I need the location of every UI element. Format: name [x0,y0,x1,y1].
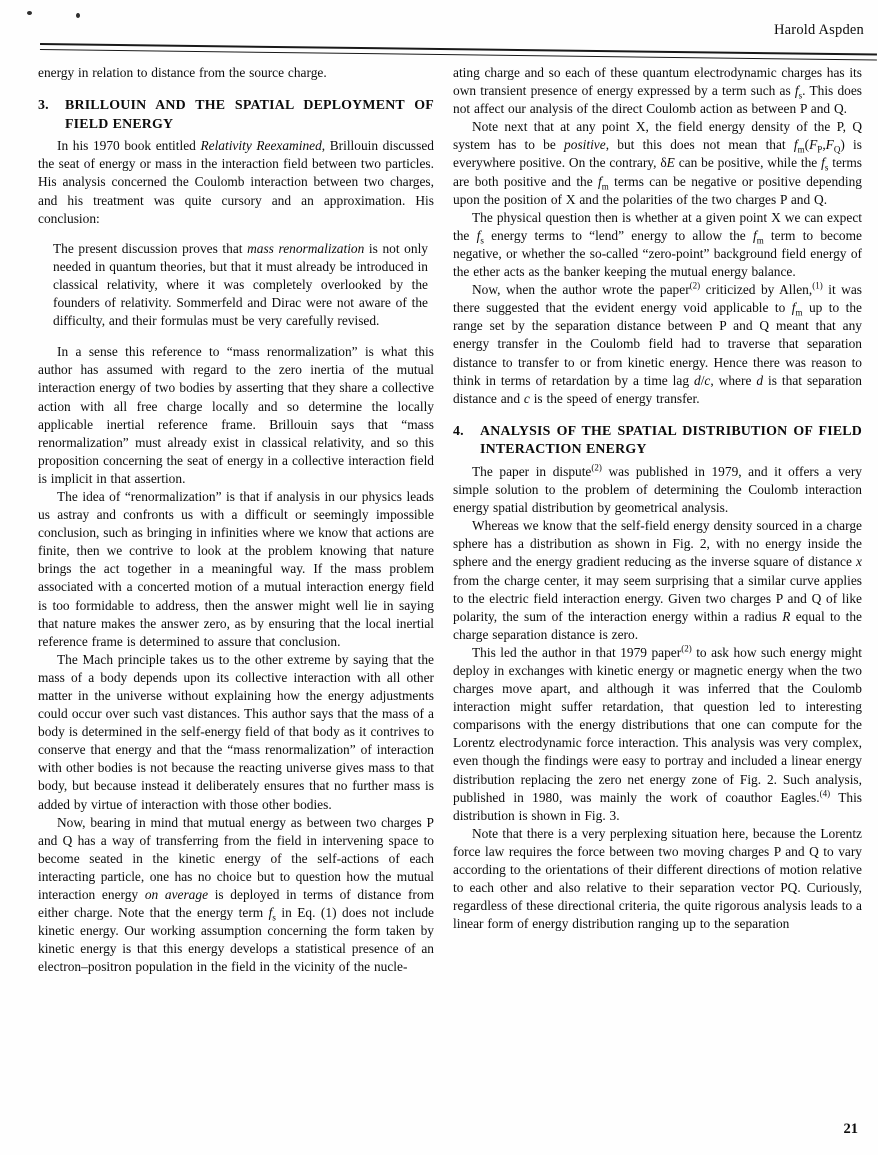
paragraph: Note next that at any point X, the field… [453,118,862,208]
paragraph-continuation: ating charge and so each of these quantu… [453,64,862,118]
paragraph: Now, bearing in mind that mutual energy … [38,814,434,977]
paragraph: Whereas we know that the self-field ener… [453,517,862,644]
paragraph: In his 1970 book entitled Relativity Ree… [38,137,434,227]
right-column: ating charge and so each of these quantu… [453,64,862,977]
scan-speck [27,11,32,15]
left-column: energy in relation to distance from the … [38,64,434,977]
section-number: 4. [453,423,480,460]
paragraph-continuation: energy in relation to distance from the … [38,64,434,82]
block-quote: The present discussion proves that mass … [53,240,428,330]
header-rule [40,43,877,61]
scan-speck [76,13,80,18]
section-heading-4: 4. ANALYSIS OF THE SPATIAL DISTRIBUTION … [453,423,862,460]
section-heading-3: 3. BRILLOUIN AND THE SPATIAL DEPLOYMENT … [38,97,434,134]
section-title: BRILLOUIN AND THE SPATIAL DEPLOYMENT OF … [65,97,434,134]
paragraph: Now, when the author wrote the paper(2) … [453,281,862,408]
paragraph: The physical question then is whether at… [453,209,862,281]
paragraph: In a sense this reference to “mass renor… [38,343,434,488]
paper-page: Harold Aspden energy in relation to dist… [0,0,878,1155]
two-column-body: energy in relation to distance from the … [38,64,862,977]
paragraph: The Mach principle takes us to the other… [38,651,434,814]
paragraph: This led the author in that 1979 paper(2… [453,644,862,825]
section-title: ANALYSIS OF THE SPATIAL DISTRIBUTION OF … [480,423,862,460]
section-number: 3. [38,97,65,134]
running-head-author: Harold Aspden [774,22,864,39]
paragraph: The paper in dispute(2) was published in… [453,463,862,517]
page-number: 21 [844,1121,859,1138]
paragraph: The idea of “renormalization” is that if… [38,488,434,651]
paragraph: Note that there is a very perplexing sit… [453,825,862,934]
